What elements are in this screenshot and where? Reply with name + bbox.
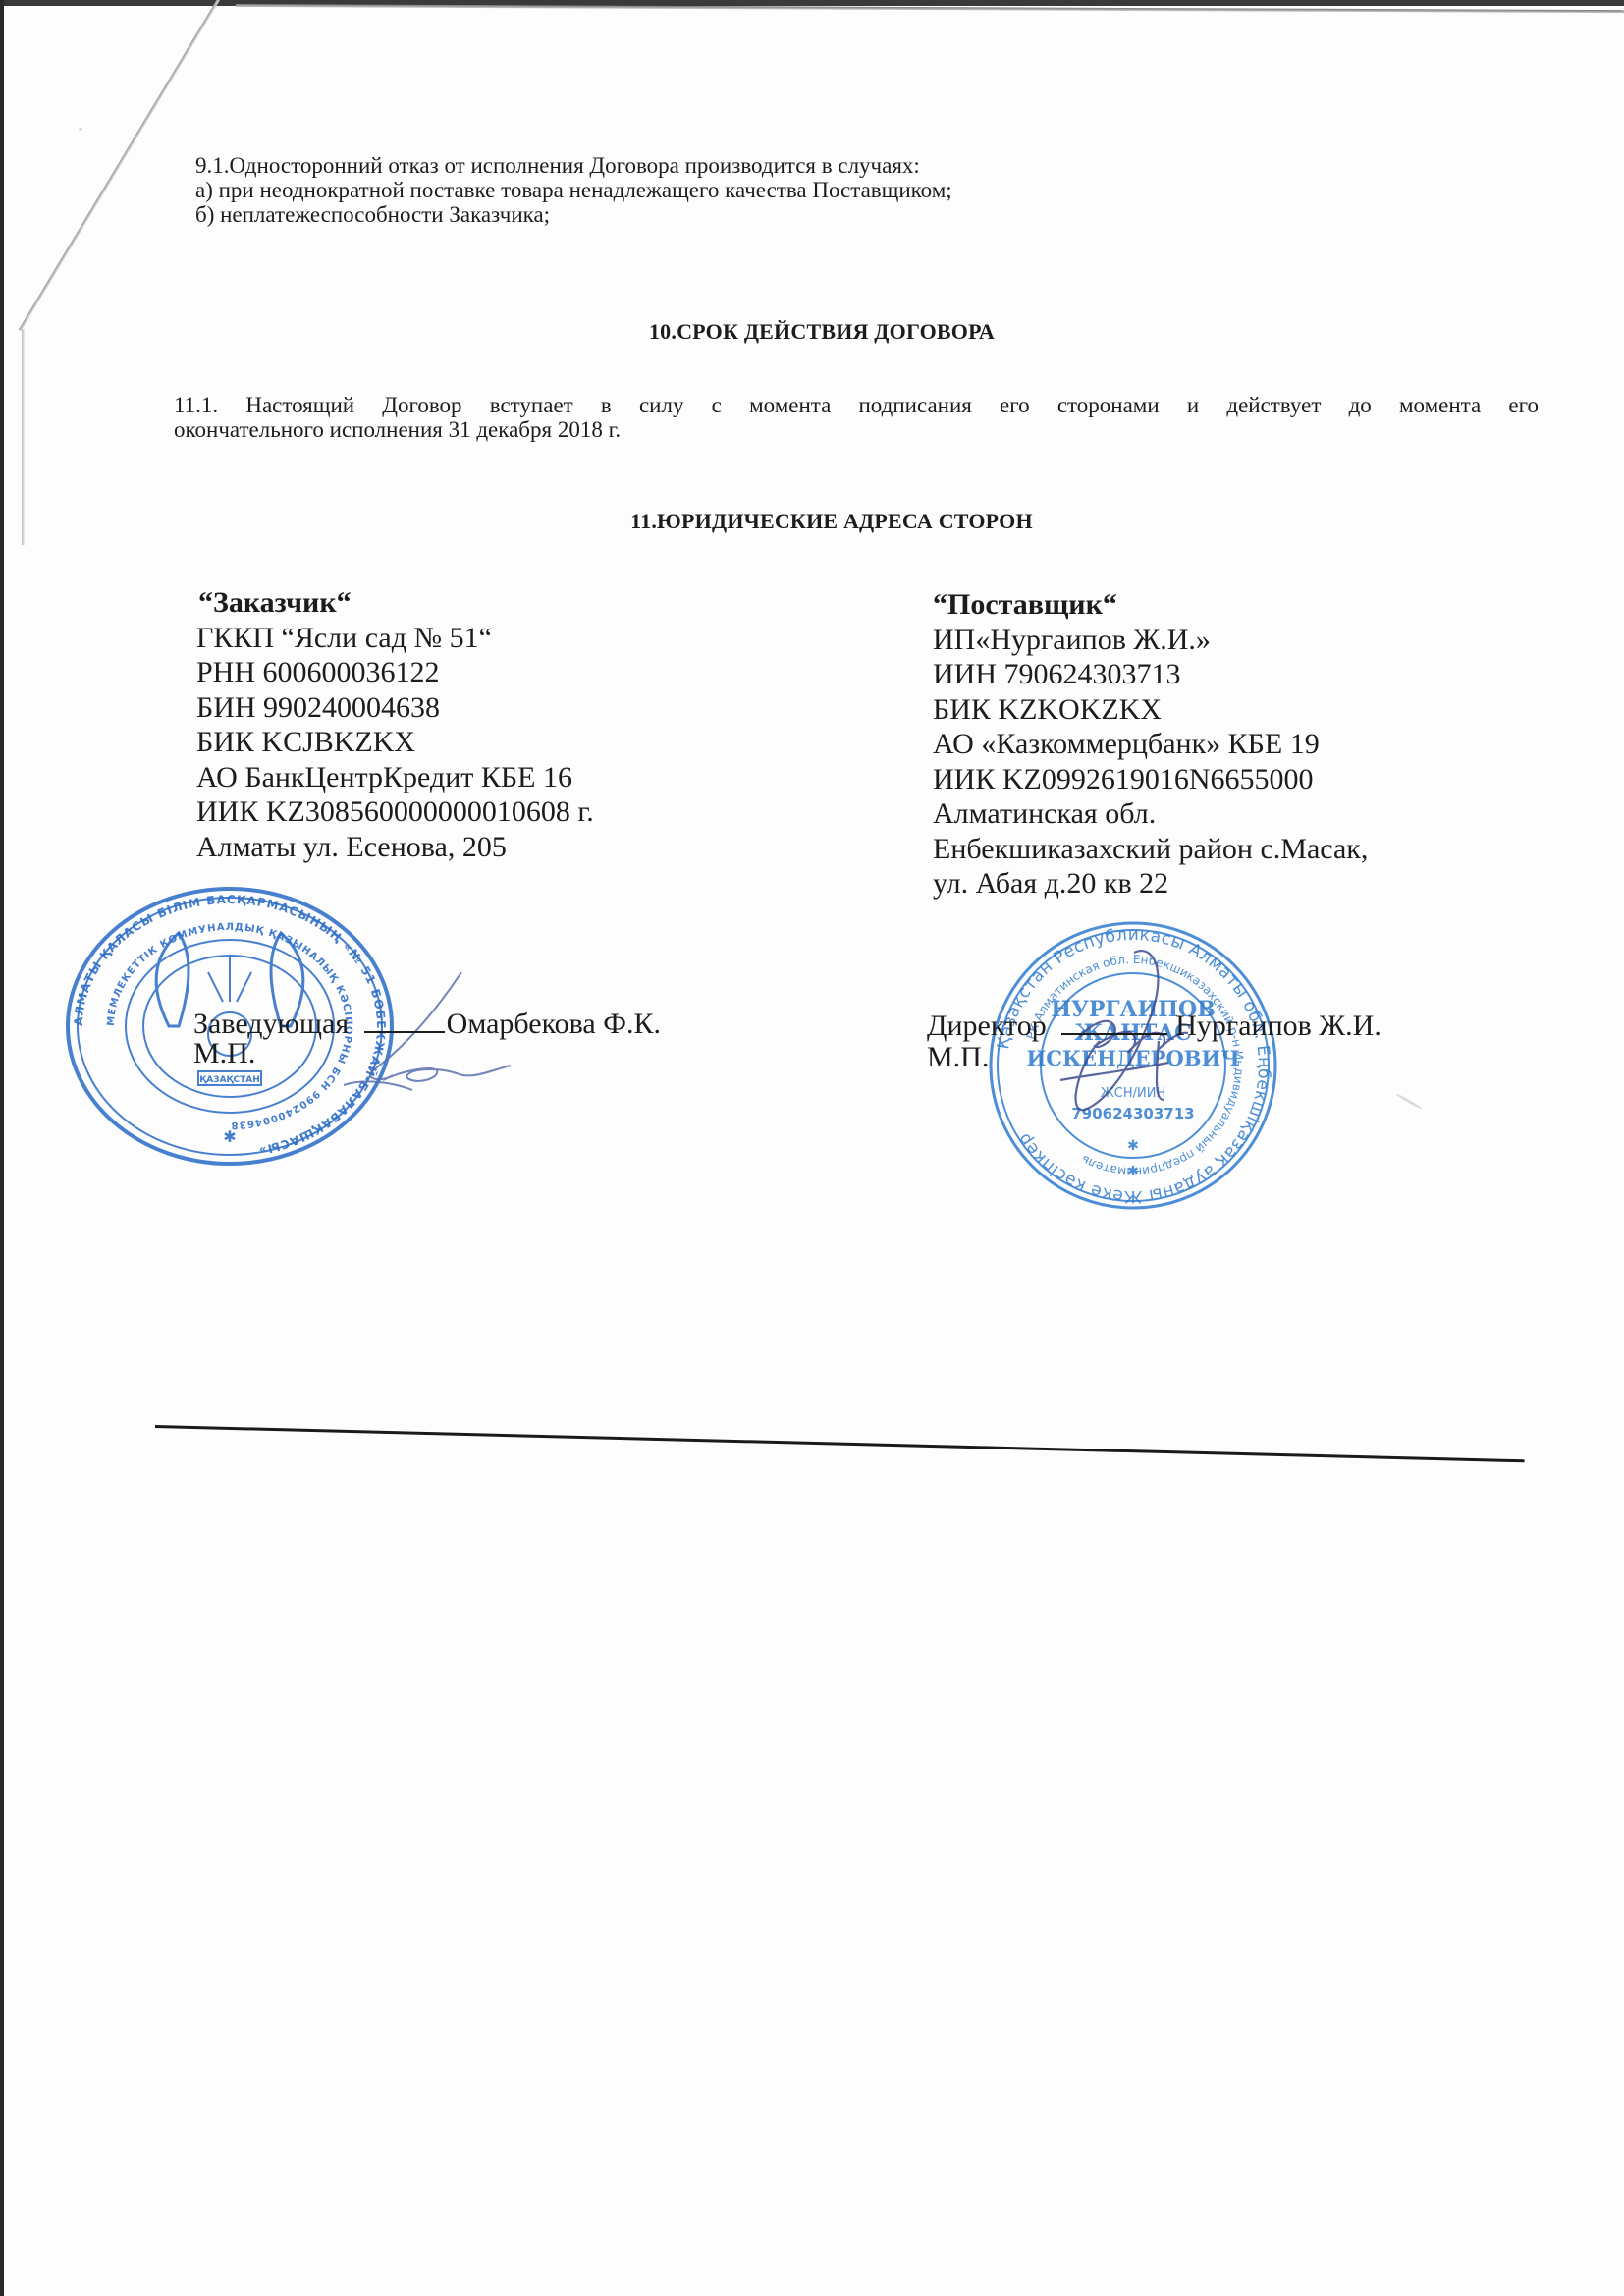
clause-11-1-line-2: окончательного исполнения 31 декабря 201… <box>174 417 621 442</box>
customer-handwritten-signature <box>324 972 540 1110</box>
section-10-heading: 10.СРОК ДЕЙСТВИЯ ДОГОВОРА <box>0 319 1624 345</box>
customer-seal-label: М.П. <box>193 1039 255 1068</box>
customer-signature-line: Заведующая Омарбекова Ф.К. <box>193 1010 661 1039</box>
customer-bik: БИК KCJBKZKX <box>196 725 594 760</box>
supplier-signature-blank <box>1061 1033 1167 1035</box>
scan-speck <box>1395 1093 1422 1111</box>
customer-signature-name: Омарбекова Ф.К. <box>447 1008 661 1040</box>
supplier-signature-name: Нургаипов Ж.И. <box>1175 1010 1381 1042</box>
customer-bank: АО БанкЦентрКредит КБЕ 16 <box>196 760 594 795</box>
supplier-region: Алматинская обл. <box>933 796 1368 832</box>
supplier-iik: ИИК KZ0992619016N6655000 <box>933 762 1368 797</box>
customer-details: “Заказчик“ ГККП “Ясли сад № 51“ РНН 6006… <box>196 585 594 864</box>
supplier-bank: АО «Казкоммерцбанк» КБЕ 19 <box>933 727 1368 762</box>
customer-bin: БИН 990240004638 <box>196 690 594 726</box>
stamp-star-icon: ✱ <box>1127 1138 1139 1154</box>
supplier-signature-line: Директор Нургаипов Ж.И. <box>927 1011 1381 1041</box>
clause-11-1-line-1: 11.1. Настоящий Договор вступает в силу … <box>174 393 1539 418</box>
customer-address: Алматы ул. Есенова, 205 <box>196 830 594 865</box>
stamp-star-icon: ✱ <box>1127 1164 1139 1179</box>
customer-stamp-center-text: ҚАЗАҚСТАН <box>199 1075 260 1085</box>
section-11-heading: 11.ЮРИДИЧЕСКИЕ АДРЕСА СТОРОН <box>0 509 1624 534</box>
scan-speck <box>79 128 82 131</box>
supplier-district: Енбекшиказахский район с.Масак, <box>933 832 1368 867</box>
customer-party-label: “Заказчик“ <box>196 585 594 621</box>
supplier-street: ул. Абая д.20 кв 22 <box>933 866 1368 902</box>
supplier-seal-label: М.П. <box>927 1043 989 1072</box>
customer-rnn: РНН 600600036122 <box>196 655 594 690</box>
customer-iik: ИИК KZ308560000000010608 г. <box>196 794 594 830</box>
page-bottom-rule <box>155 1425 1525 1462</box>
supplier-iin: ИИН 790624303713 <box>933 657 1368 692</box>
customer-signature-blank <box>364 1031 445 1033</box>
supplier-details: “Поставщик“ ИП«Нургаипов Ж.И.» ИИН 79062… <box>933 587 1368 902</box>
customer-org-name: ГККП “Ясли сад № 51“ <box>196 621 594 656</box>
stamp-star-icon: ✱ <box>223 1127 236 1146</box>
supplier-party-label: “Поставщик“ <box>933 587 1368 623</box>
clause-9-1-item-b: б) неплатежеспособности Заказчика; <box>195 202 550 227</box>
supplier-signature-role: Директор <box>927 1010 1047 1042</box>
supplier-bik: БИК KZKOKZKX <box>933 692 1368 728</box>
supplier-org-name: ИП«Нургаипов Ж.И.» <box>933 623 1368 658</box>
customer-signature-role: Заведующая <box>193 1008 349 1040</box>
clause-9-1-item-a: а) при неоднократной поставке товара нен… <box>195 178 952 202</box>
clause-9-1: 9.1.Односторонний отказ от исполнения До… <box>195 153 920 178</box>
folded-corner-edge <box>19 0 224 331</box>
